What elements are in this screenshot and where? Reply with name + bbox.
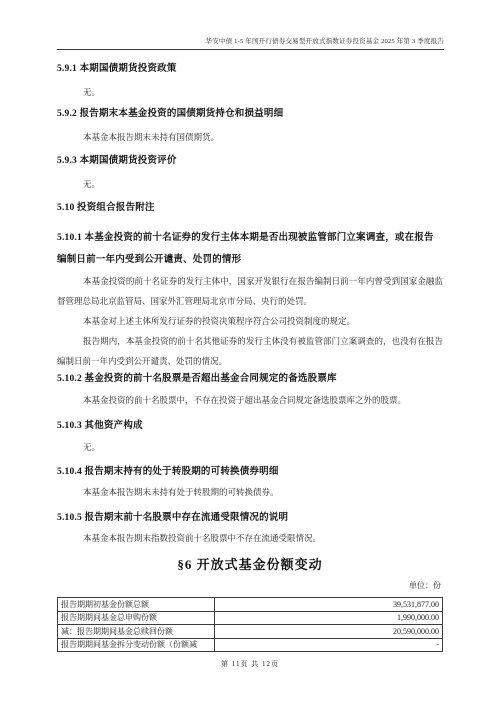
paragraph-5-10-3: 无。 (57, 437, 443, 457)
heading-5-10-5: 5.10.5 报告期末前十名股票中存在流通受限情况的说明 (57, 511, 443, 525)
running-header: 华安中债 1-5 年国开行债券交易型开放式指数证券投资基金 2025 年第 3 … (57, 36, 444, 50)
heading-5-9-3: 5.9.3 本期国债期货投资评价 (57, 154, 443, 168)
row-label: 报告期期初基金份额总额 (58, 598, 215, 612)
row-value: 20,590,000.00 (215, 625, 443, 639)
paragraph-5-10-5: 本基金本报告期末指数投资前十名股票中不存在流通受限情况。 (57, 528, 443, 548)
row-value: 39,531,877.00 (215, 598, 443, 612)
heading-5-10-3: 5.10.3 其他资产构成 (57, 419, 443, 433)
report-page: 华安中债 1-5 年国开行债券交易型开放式指数证券投资基金 2025 年第 3 … (0, 0, 500, 707)
table-row: 报告期期间基金总申购份额 1,990,000.00 (58, 611, 443, 625)
paragraph-5-9-2: 本基金本报告期末未持有国债期货。 (57, 127, 443, 147)
heading-5-10-2: 5.10.2 基金投资的前十名股票是否超出基金合同规定的备选股票库 (57, 372, 443, 386)
row-label: 减：报告期期间基金总赎回份额 (58, 625, 215, 639)
table-row: 减：报告期期间基金总赎回份额 20,590,000.00 (58, 625, 443, 639)
row-value: - (215, 638, 443, 652)
paragraph-5-10-1-b: 本基金对上述主体所发行证券的投资决策程序符合公司投资制度的规定。 (57, 311, 443, 331)
table-unit-label: 单位：份 (57, 580, 441, 592)
paragraph-5-9-3: 无。 (57, 174, 443, 194)
paragraph-5-10-2: 本基金投资的前十名股票中，不存在投资于超出基金合同规定备选股票库之外的股票。 (57, 390, 443, 410)
paragraph-5-10-1-c: 报告期内，本基金投资的前十名其他证券的发行主体没有被监管部门立案调查的，也没有在… (57, 331, 443, 371)
table-row: 报告期期间基金拆分变动份额（份额减 - (58, 638, 443, 652)
chapter-6-title: §6 开放式基金份额变动 (57, 556, 443, 574)
paragraph-5-10-1-a: 本基金投资的前十名证券的发行主体中，国家开发银行在报告编制日前一年内曾受到国家金… (57, 271, 443, 311)
heading-5-10-1: 5.10.1 本基金投资的前十名证券的发行主体本期是否出现被监管部门立案调查，或… (57, 227, 443, 271)
paragraph-5-10-4: 本基金本报告期末未持有处于转股期的可转换债券。 (57, 482, 443, 502)
heading-5-9-1: 5.9.1 本期国债期货投资政策 (57, 62, 443, 76)
share-change-table: 报告期期初基金份额总额 39,531,877.00 报告期期间基金总申购份额 1… (57, 597, 443, 652)
page-number-footer: 第 11页 共 12页 (57, 658, 443, 670)
row-value: 1,990,000.00 (215, 611, 443, 625)
row-label: 报告期期间基金拆分变动份额（份额减 (58, 638, 215, 652)
page-content: 5.9.1 本期国债期货投资政策 无。 5.9.2 报告期末本基金投资的国债期货… (57, 58, 443, 670)
table-row: 报告期期初基金份额总额 39,531,877.00 (58, 598, 443, 612)
heading-5-10: 5.10 投资组合报告附注 (57, 201, 443, 215)
heading-5-10-4: 5.10.4 报告期末持有的处于转股期的可转换债券明细 (57, 465, 443, 479)
row-label: 报告期期间基金总申购份额 (58, 611, 215, 625)
paragraph-5-9-1: 无。 (57, 82, 443, 102)
heading-5-9-2: 5.9.2 报告期末本基金投资的国债期货持仓和损益明细 (57, 107, 443, 121)
